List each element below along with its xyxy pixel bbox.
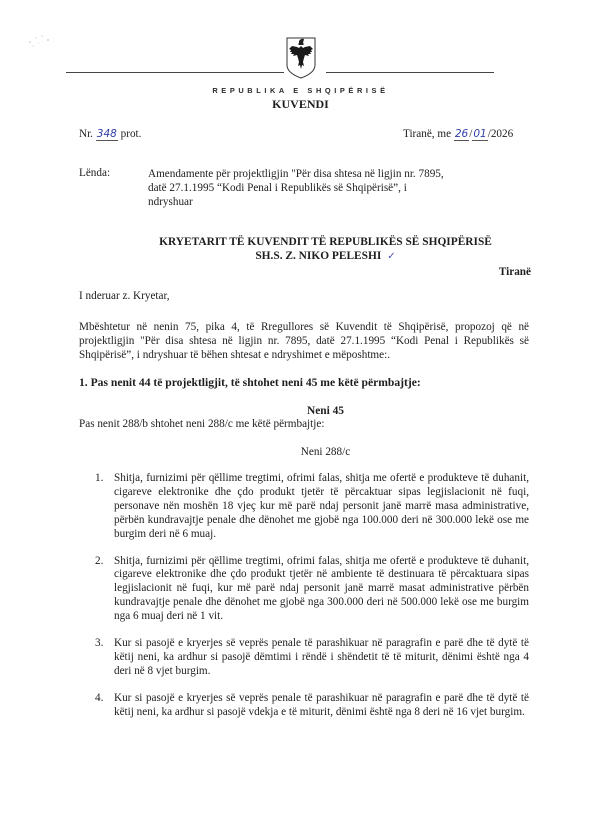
republic-name: REPUBLIKA E SHQIPËRISË xyxy=(0,86,591,95)
paragraph-item: 1. Shitja, furnizimi për qëllime tregtim… xyxy=(95,472,529,542)
amendment-point-heading: 1. Pas nenit 44 të projektligjit, të sht… xyxy=(79,376,421,389)
date-day-handwritten: 26 xyxy=(454,129,469,141)
scan-artifact xyxy=(22,28,72,58)
paragraph-text: Kur si pasojë e kryerjes së veprës penal… xyxy=(114,637,529,679)
albanian-coat-of-arms-icon xyxy=(286,29,316,79)
protocol-handwritten-number: 348 xyxy=(96,129,118,141)
sub-article-title: Neni 288/c xyxy=(60,446,591,458)
paragraph-number: 1. xyxy=(95,472,103,486)
institution-name: KUVENDI xyxy=(0,97,591,112)
document-date: Tiranë, me 26/01/2026 xyxy=(403,128,513,141)
date-year: /2026 xyxy=(488,128,513,140)
paragraph-text: Shitja, furnizimi për qëllime tregtimi, … xyxy=(114,555,529,625)
subject-label: Lënda: xyxy=(79,167,110,179)
header-rule-left xyxy=(66,72,284,73)
intro-paragraph: Mbështetur në nenin 75, pika 4, të Rregu… xyxy=(79,320,529,362)
date-month-handwritten: 01 xyxy=(472,129,487,141)
paragraph-number: 2. xyxy=(95,555,103,569)
subject-text: Amendamente për projektligjin "Për disa … xyxy=(148,167,448,209)
paragraph-number: 3. xyxy=(95,637,103,651)
addressee-city: Tiranë xyxy=(499,266,531,278)
article-title: Neni 45 xyxy=(60,405,591,417)
addressee-name-text: SH.S. Z. NIKO PELESHI xyxy=(255,250,381,262)
paragraph-item: 3. Kur si pasojë e kryerjes së veprës pe… xyxy=(95,637,529,679)
paragraph-item: 4. Kur si pasojë e kryerjes së veprës pe… xyxy=(95,692,529,720)
paragraph-text: Shitja, furnizimi për qëllime tregtimi, … xyxy=(114,472,529,542)
paragraph-number: 4. xyxy=(95,692,103,706)
greeting: I nderuar z. Kryetar, xyxy=(79,290,170,302)
protocol-number: Nr. 348 prot. xyxy=(79,128,141,141)
article-paragraphs: 1. Shitja, furnizimi për qëllime tregtim… xyxy=(95,472,529,733)
paragraph-item: 2. Shitja, furnizimi për qëllime tregtim… xyxy=(95,555,529,625)
date-prefix: Tiranë, me xyxy=(403,128,451,140)
addressee-name: SH.S. Z. NIKO PELESHI✓ xyxy=(60,250,591,262)
paragraph-text: Kur si pasojë e kryerjes së veprës penal… xyxy=(114,692,529,720)
header-rule-right xyxy=(326,72,494,73)
protocol-prefix: Nr. xyxy=(79,128,93,140)
addressee-title: KRYETARIT TË KUVENDIT TË REPUBLIKËS SË S… xyxy=(60,236,591,248)
protocol-suffix: prot. xyxy=(121,128,142,140)
handwritten-check-icon: ✓ xyxy=(387,251,395,262)
article-intro: Pas nenit 288/b shtohet neni 288/c me kë… xyxy=(79,418,324,430)
